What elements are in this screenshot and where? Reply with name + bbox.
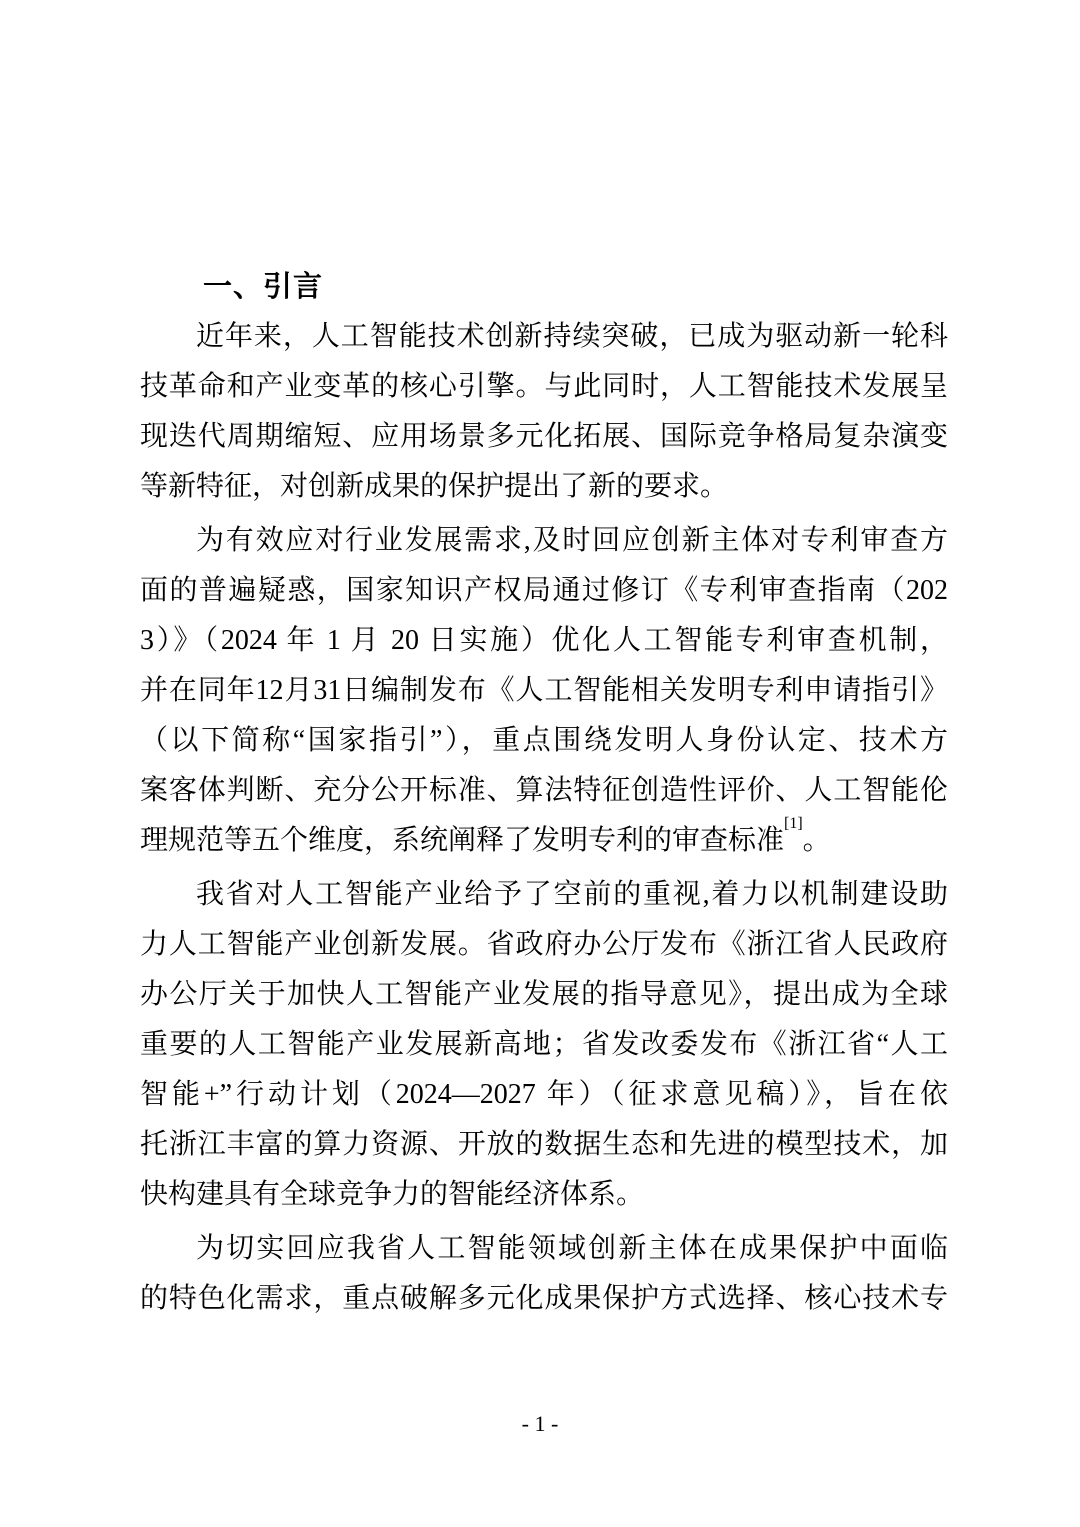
- text-line: 力人工智能产业创新发展。省政府办公厅发布《浙江省人民政府: [140, 920, 948, 970]
- text-line: 我省对人工智能产业给予了空前的重视,着力以机制建设助: [140, 870, 948, 920]
- text-line: 办公厅关于加快人工智能产业发展的指导意见》，提出成为全球: [140, 970, 948, 1020]
- paragraph-1: 近年来，人工智能技术创新持续突破，已成为驱动新一轮科 技革命和产业变革的核心引擎…: [140, 312, 948, 512]
- paragraph-3: 我省对人工智能产业给予了空前的重视,着力以机制建设助 力人工智能产业创新发展。省…: [140, 870, 948, 1220]
- text-line: 的特色化需求，重点破解多元化成果保护方式选择、核心技术专: [140, 1274, 948, 1324]
- footnote-reference: [1]: [784, 815, 803, 832]
- text-segment: 理规范等五个维度，系统阐释了发明专利的审查标准: [140, 825, 784, 856]
- text-line: 技革命和产业变革的核心引擎。与此同时，人工智能技术发展呈: [140, 362, 948, 412]
- text-line: 3）》（2024 年 1 月 20 日实施）优化人工智能专利审查机制，: [140, 616, 948, 666]
- document-page: 一、引言 近年来，人工智能技术创新持续突破，已成为驱动新一轮科 技革命和产业变革…: [0, 0, 1080, 1527]
- text-line: 等新特征，对创新成果的保护提出了新的要求。: [140, 462, 948, 512]
- text-line: 重要的人工智能产业发展新高地；省发改委发布《浙江省“人工: [140, 1020, 948, 1070]
- text-line: 快构建具有全球竞争力的智能经济体系。: [140, 1170, 948, 1220]
- text-line: 理规范等五个维度，系统阐释了发明专利的审查标准[1]。: [140, 816, 948, 866]
- text-line: 面的普遍疑惑，国家知识产权局通过修订《专利审查指南（202: [140, 566, 948, 616]
- text-line: 智能+”行动计划（2024—2027 年）（征求意见稿）》，旨在依: [140, 1070, 948, 1120]
- paragraph-2: 为有效应对行业发展需求,及时回应创新主体对专利审查方 面的普遍疑惑，国家知识产权…: [140, 516, 948, 866]
- text-line: 托浙江丰富的算力资源、开放的数据生态和先进的模型技术，加: [140, 1120, 948, 1170]
- section-heading: 一、引言: [140, 262, 948, 312]
- text-line: 并在同年12月31日编制发布《人工智能相关发明专利申请指引》: [140, 666, 948, 716]
- paragraph-4: 为切实回应我省人工智能领域创新主体在成果保护中面临 的特色化需求，重点破解多元化…: [140, 1224, 948, 1324]
- text-line: 近年来，人工智能技术创新持续突破，已成为驱动新一轮科: [140, 312, 948, 362]
- page-body: 一、引言 近年来，人工智能技术创新持续突破，已成为驱动新一轮科 技革命和产业变革…: [140, 262, 948, 1324]
- text-line: 现迭代周期缩短、应用场景多元化拓展、国际竞争格局复杂演变: [140, 412, 948, 462]
- text-segment: 。: [803, 825, 831, 856]
- text-line: 为有效应对行业发展需求,及时回应创新主体对专利审查方: [140, 516, 948, 566]
- text-line: 为切实回应我省人工智能领域创新主体在成果保护中面临: [140, 1224, 948, 1274]
- text-line: 案客体判断、充分公开标准、算法特征创造性评价、人工智能伦: [140, 766, 948, 816]
- page-number: - 1 -: [0, 1410, 1080, 1438]
- text-line: （以下简称“国家指引”），重点围绕发明人身份认定、技术方: [140, 716, 948, 766]
